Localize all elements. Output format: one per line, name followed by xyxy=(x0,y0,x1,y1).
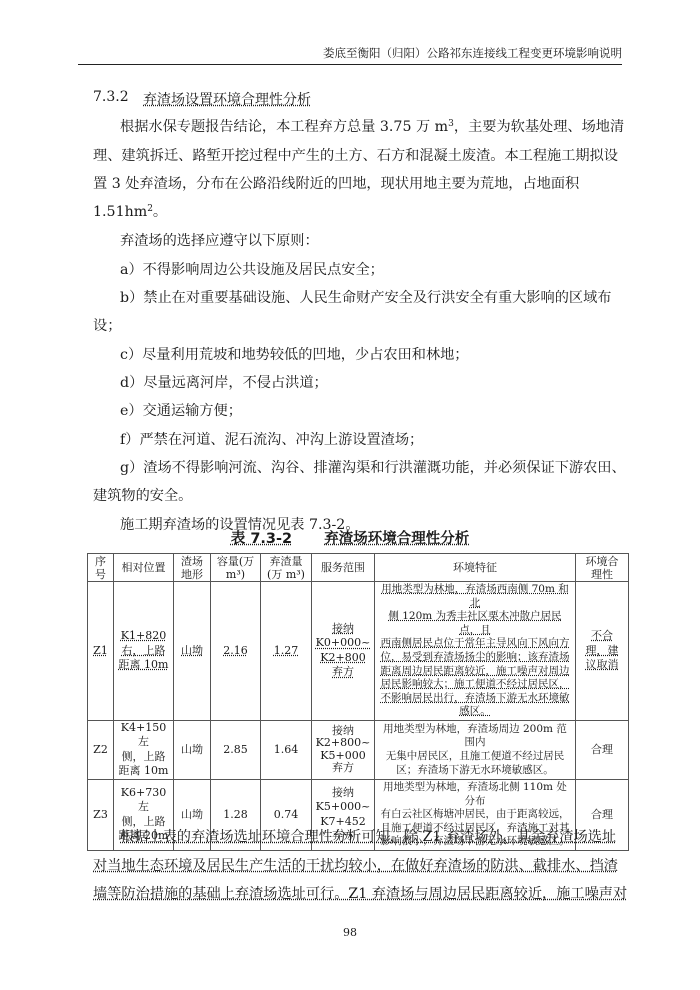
cell-position: K4+150 左侧，上路距离 10m xyxy=(114,720,174,779)
principle-d: d）尽量远离河岸，不侵占洪道； xyxy=(120,374,328,392)
header-terrain: 渣场地形 xyxy=(174,554,211,582)
header-volume: 弃渣量(万 m³) xyxy=(261,554,312,582)
intro-line-4: 1.51hm2。 xyxy=(93,203,167,221)
spoil-site-table: 序号 相对位置 渣场地形 容量(万m³) 弃渣量(万 m³) 服务范围 环境特征… xyxy=(87,553,629,851)
cell-capacity: 2.16 xyxy=(211,582,261,721)
text: ，主要为软基处理、场地清 xyxy=(454,119,624,135)
table-row: Z1 K1+820右，上路距离 10m 山坳 2.16 1.27 接纳K0+00… xyxy=(88,582,629,721)
cell-rationality: 不合理，建议取消 xyxy=(576,582,629,721)
intro-line-1: 根据水保专题报告结论，本工程弃方总量 3.75 万 m3，主要为软基处理、场地清 xyxy=(120,118,624,136)
cell-environment: 用地类型为林地，弃渣场西南侧 70m 和北侧 120m 为秀丰社区栗木冲散户居民… xyxy=(375,582,576,721)
conclusion-line-3: 墙等防治措施的基础上弃渣场选址可行。Z1 弃渣场与周边居民距离较近，施工噪声对 xyxy=(93,883,627,903)
section-number: 7.3.2 xyxy=(93,89,129,105)
cell-environment: 用地类型为林地，弃渣场周边 200m 范围内无集中居民区，且施工便道不经过居民区… xyxy=(375,720,576,779)
cell-terrain: 山坳 xyxy=(174,582,211,721)
principle-e: e）交通运输方便； xyxy=(120,402,242,420)
intro-line-3: 置 3 处弃渣场，分布在公路沿线附近的凹地，现状用地主要为荒地，占地面积 xyxy=(93,175,579,193)
header-rationality: 环境合理性 xyxy=(576,554,629,582)
principle-g-cont: 建筑物的安全。 xyxy=(93,487,192,505)
superscript: 3 xyxy=(448,119,454,129)
principle-b-cont: 设； xyxy=(93,317,121,335)
header-no: 序号 xyxy=(88,554,114,582)
text: 根据水保专题报告结论，本工程弃方总量 3.75 万 m xyxy=(120,119,448,135)
conclusion-line-1: 根据上表的弃渣场选址环境合理性分析可知，除 Z1 弃渣场外，其余弃渣场选址 xyxy=(120,826,616,846)
principle-a: a）不得影响周边公共设施及居民点安全； xyxy=(120,261,384,279)
table-header-row: 序号 相对位置 渣场地形 容量(万m³) 弃渣量(万 m³) 服务范围 环境特征… xyxy=(88,554,629,582)
header-environment: 环境特征 xyxy=(375,554,576,582)
text: 。 xyxy=(153,204,167,220)
principles-intro: 弃渣场的选择应遵守以下原则： xyxy=(120,232,319,250)
cell-terrain: 山坳 xyxy=(174,720,211,779)
table-row: Z2 K4+150 左侧，上路距离 10m 山坳 2.85 1.64 接纳K2+… xyxy=(88,720,629,779)
cell-no: Z1 xyxy=(88,582,114,721)
page-number: 98 xyxy=(0,926,700,939)
caption-title: 弃渣场环境合理性分析 xyxy=(324,531,469,547)
caption-number: 表 7.3-2 xyxy=(231,531,292,547)
intro-line-2: 理、建筑拆迁、路堑开挖过程中产生的土方、石方和混凝土废渣。本工程施工期拟设 xyxy=(93,147,618,165)
header-capacity: 容量(万m³) xyxy=(211,554,261,582)
superscript: 2 xyxy=(147,204,153,214)
document-title: 娄底至衡阳（归阳）公路祁东连接线工程变更环境影响说明 xyxy=(323,46,622,60)
cell-no: Z2 xyxy=(88,720,114,779)
cell-scope: 接纳K2+800~K5+000弃方 xyxy=(312,720,375,779)
page-header: 娄底至衡阳（归阳）公路祁东连接线工程变更环境影响说明 xyxy=(78,44,622,65)
cell-position: K1+820右，上路距离 10m xyxy=(114,582,174,721)
principle-g: g）渣场不得影响河流、沟谷、排灌沟渠和行洪灌溉功能，并必须保证下游农田、 xyxy=(120,459,626,477)
table-caption: 表 7.3-2 弃渣场环境合理性分析 xyxy=(0,527,700,548)
cell-scope: 接纳K0+000~K2+800弃方 xyxy=(312,582,375,721)
principle-f: f）严禁在河道、泥石流沟、冲沟上游设置渣场； xyxy=(120,431,423,449)
cell-capacity: 2.85 xyxy=(211,720,261,779)
cell-volume: 1.64 xyxy=(261,720,312,779)
cell-rationality: 合理 xyxy=(576,720,629,779)
section-title: 弃渣场设置环境合理性分析 xyxy=(143,89,311,109)
header-position: 相对位置 xyxy=(114,554,174,582)
cell-volume: 1.27 xyxy=(261,582,312,721)
header-scope: 服务范围 xyxy=(312,554,375,582)
cell-no: Z3 xyxy=(88,779,114,850)
conclusion-line-2: 对当地生态环境及居民生产生活的干扰均较小，在做好弃渣场的防洪、截排水、挡渣 xyxy=(93,855,618,875)
principle-b: b）禁止在对重要基础设施、人民生命财产安全及行洪安全有重大影响的区域布 xyxy=(120,289,611,307)
text: 1.51hm xyxy=(93,204,147,220)
principle-c: c）尽量利用荒坡和地势较低的凹地，少占农田和林地； xyxy=(120,346,468,364)
